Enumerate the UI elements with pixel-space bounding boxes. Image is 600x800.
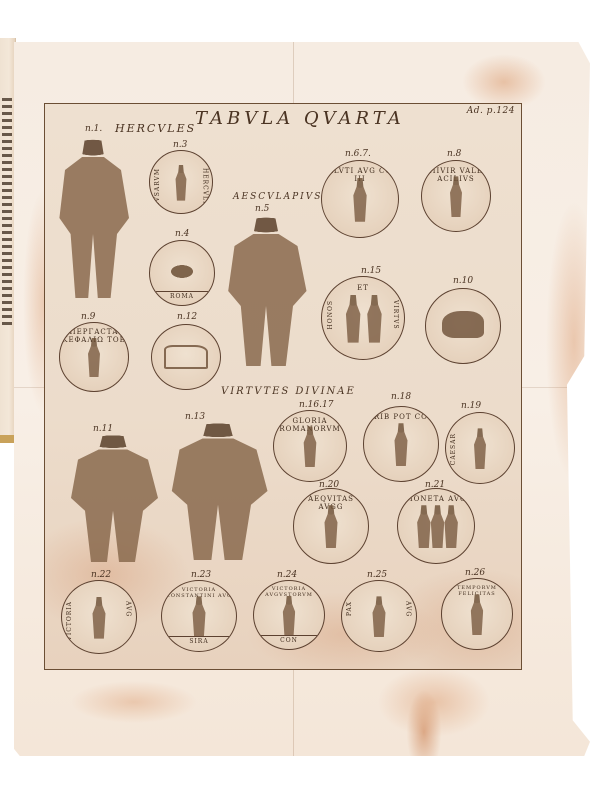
label-n1617: n.16.17 (299, 400, 333, 410)
engraved-plate: TABVLA QVARTA Ad. p.124 HERCVLES AESCVLA… (44, 103, 522, 670)
coin-n22: VICTORIA AVG (61, 580, 137, 654)
coin-legend: AVG (405, 601, 412, 617)
coin-legend: VIRTVS (392, 300, 399, 330)
coin-legend: TRIB POT COS (364, 413, 438, 421)
coin-n18: TRIB POT COS (363, 406, 439, 482)
coin-exergue: SIRA (169, 636, 228, 645)
coin-n8: IIIVIR VALE ACILIVS (421, 160, 491, 232)
coin-legend: CAESAR (450, 433, 457, 465)
coin-figure (473, 428, 488, 469)
adjacent-page-text-lines (2, 98, 12, 328)
heading-aesculapius: AESCVLAPIVS (233, 192, 322, 202)
coin-legend: MVSARVM (154, 168, 161, 209)
coin-legend: HONOS (327, 300, 334, 329)
coin-figure (469, 594, 484, 635)
label-n22: n.22 (91, 570, 111, 580)
coin-legend: PAX (346, 601, 353, 616)
coin-n23: VICTORIA CONSTANTINI AVG SIRA (161, 580, 237, 652)
label-n11: n.11 (93, 424, 113, 434)
horseman-figure (164, 255, 200, 284)
label-n5: n.5 (255, 204, 269, 214)
coin-n3: MVSARVM HERCVLES (149, 150, 213, 214)
label-n15: n.15 (361, 266, 381, 276)
coin-figure (91, 597, 107, 639)
gilt-edge (0, 435, 14, 443)
coin-n4: ROMA (149, 240, 215, 306)
label-n9: n.9 (81, 312, 95, 322)
coin-legend: MONETA AVG (398, 495, 474, 503)
coin-n20: AEQVITAS AVGG (293, 488, 369, 564)
label-n25: n.25 (367, 570, 387, 580)
coin-n1617: GLORIA ROMANORVM (273, 410, 347, 482)
coin-exergue: ROMA (156, 291, 207, 300)
page-reference: Ad. p.124 (467, 106, 515, 116)
she-wolf-figure (442, 311, 483, 338)
coin-figure (393, 423, 409, 466)
coin-n9: ΠΕΡΓΑCΤΑ ΚΕΦΑΛΙΩ ΤΟΒ (59, 322, 129, 392)
plate-title: TABVLA QVARTA (195, 108, 405, 129)
coin-n26: TEMPORVM FELICITAS (441, 578, 513, 650)
coin-legend: HERCVLES (201, 168, 208, 212)
label-n18: n.18 (391, 392, 411, 402)
coin-n19: CAESAR (445, 412, 515, 484)
heading-virtutes-divinae: VIRTVTES DIVINAE (221, 386, 356, 397)
coin-figure (429, 505, 446, 548)
coin-n15: ET HONOS VIRTVS (321, 276, 405, 360)
label-n19: n.19 (461, 401, 481, 411)
coin-exergue: CON (261, 635, 317, 644)
label-n13: n.13 (185, 412, 205, 422)
couch-figure (164, 345, 208, 368)
coin-n10 (425, 288, 501, 364)
coin-figure (415, 505, 432, 548)
aesculapius-statue-figure (221, 216, 311, 366)
coin-n12 (151, 324, 221, 390)
label-n26: n.26 (465, 568, 485, 578)
label-n3: n.3 (173, 140, 187, 150)
coin-figure (174, 165, 188, 201)
coin-legend: AVG (125, 601, 132, 617)
coin-legend: VICTORIA (66, 601, 73, 640)
label-n24: n.24 (277, 570, 297, 580)
coin-n67: SALVTI AVG COS III (321, 160, 399, 238)
label-n10: n.10 (453, 276, 473, 286)
label-n1: n.1. (85, 124, 102, 134)
coin-figure-honos (344, 295, 362, 343)
coin-figure (352, 178, 369, 222)
coin-n24: VICTORIA AVGVSTORVM CON (253, 580, 325, 650)
label-n12: n.12 (177, 312, 197, 322)
coin-figure (281, 596, 296, 635)
adjacent-book-page (0, 38, 16, 443)
hercules-statue-figure (53, 138, 133, 298)
label-n4: n.4 (175, 229, 189, 239)
coin-n25: PAX AVG (341, 580, 417, 652)
coin-figure-virtus (365, 295, 383, 343)
coin-figure (323, 505, 339, 548)
label-n23: n.23 (191, 570, 211, 580)
coin-figure (371, 596, 387, 637)
coin-legend: ET (322, 284, 404, 292)
draped-female-figure (163, 422, 273, 560)
label-n8: n.8 (447, 149, 461, 159)
coin-figure (191, 596, 207, 637)
label-n67: n.6.7. (345, 149, 371, 159)
coin-figure (443, 505, 460, 548)
minerva-figure (63, 434, 163, 562)
heading-hercules: HERCVLES (115, 122, 196, 135)
coin-n21: MONETA AVG (397, 488, 475, 564)
